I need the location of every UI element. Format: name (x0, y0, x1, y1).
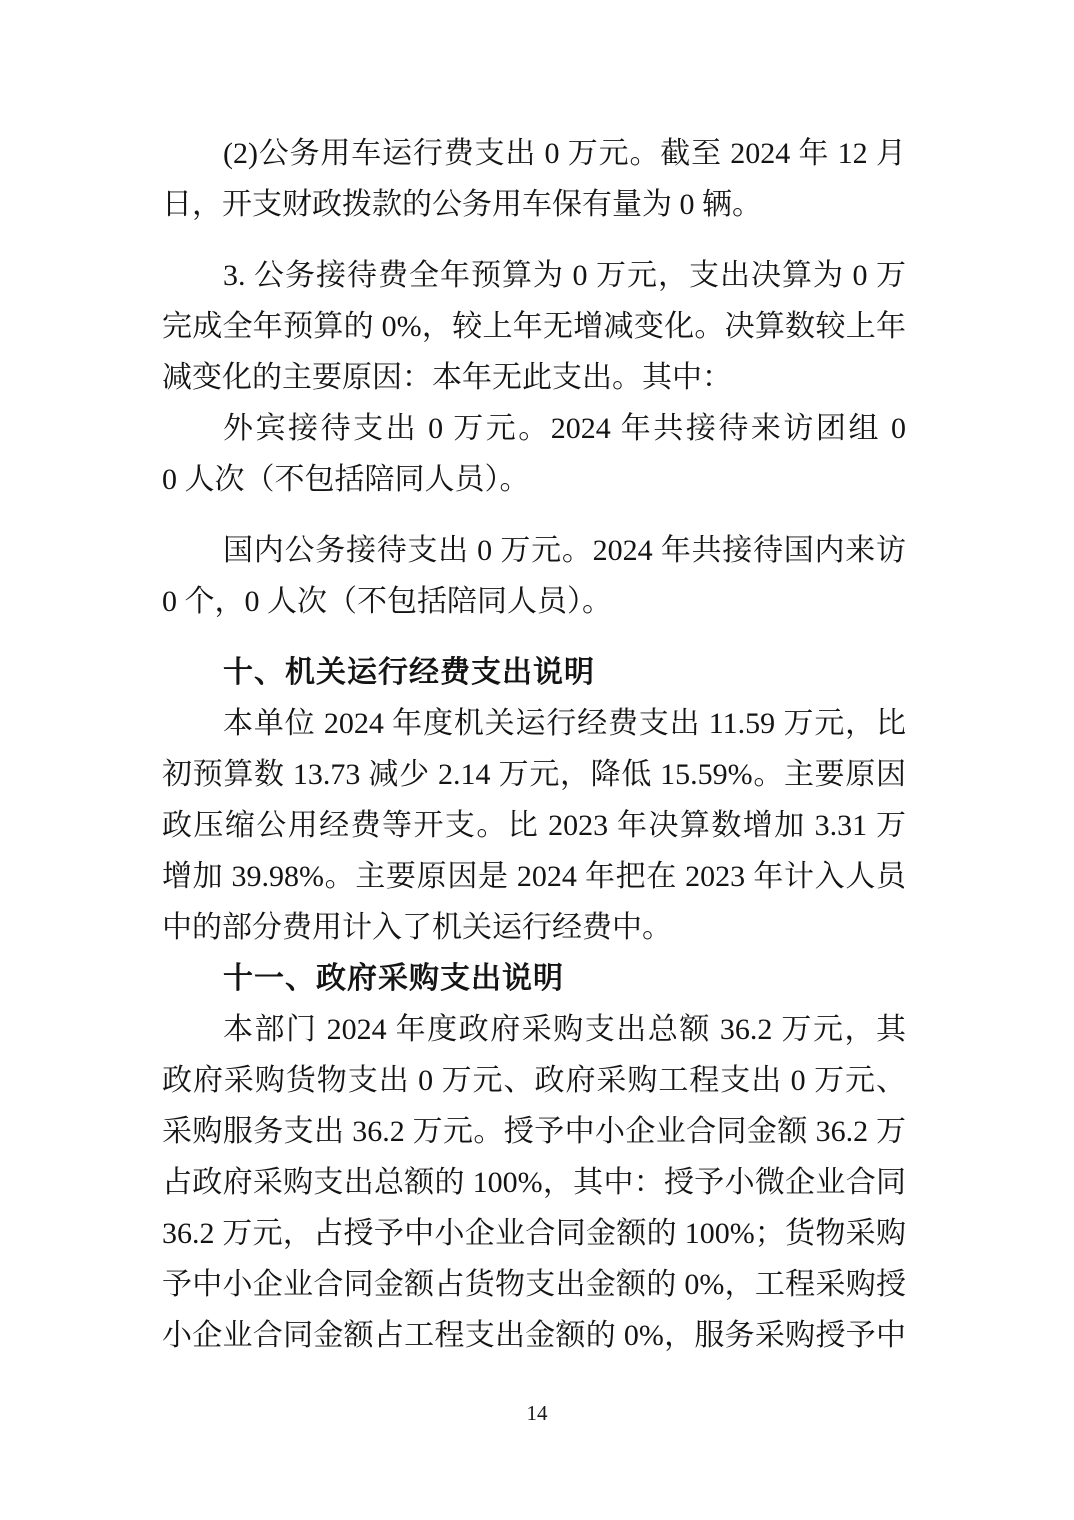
paragraph-foreign-guest-reception: 外宾接待支出 0 万元。2024 年共接待来访团组 0 个， 0 人次（不包括陪… (162, 403, 906, 505)
text-line: 完成全年预算的 0%，较上年无增减变化。决算数较上年无增 (162, 301, 906, 352)
text-line: 国内公务接待支出 0 万元。2024 年共接待国内来访团组 (162, 525, 906, 576)
section-heading-government-procurement: 十一、政府采购支出说明 (162, 953, 906, 1004)
text-line: 0 个，0 人次（不包括陪同人员）。 (162, 576, 906, 627)
text-line: 日，开支财政拨款的公务用车保有量为 0 辆。 (162, 179, 906, 230)
paragraph-domestic-reception: 国内公务接待支出 0 万元。2024 年共接待国内来访团组 0 个，0 人次（不… (162, 525, 906, 627)
text-line: 本单位 2024 年度机关运行经费支出 11.59 万元，比年 (162, 698, 906, 749)
paragraph-official-reception: 3. 公务接待费全年预算为 0 万元，支出决算为 0 万元， 完成全年预算的 0… (162, 250, 906, 403)
paragraph-agency-operating-expense: 本单位 2024 年度机关运行经费支出 11.59 万元，比年 初预算数 13.… (162, 698, 906, 953)
text-line: 政府采购货物支出 0 万元、政府采购工程支出 0 万元、政府 (162, 1055, 906, 1106)
text-line: 外宾接待支出 0 万元。2024 年共接待来访团组 0 个， (162, 403, 906, 454)
document-body: (2)公务用车运行费支出 0 万元。截至 2024 年 12 月 31 日，开支… (162, 128, 906, 1361)
paragraph-government-procurement: 本部门 2024 年度政府采购支出总额 36.2 万元，其中： 政府采购货物支出… (162, 1004, 906, 1361)
text-line: 占政府采购支出总额的 100%，其中：授予小微企业合同金额 (162, 1157, 906, 1208)
text-line: (2)公务用车运行费支出 0 万元。截至 2024 年 12 月 31 (162, 128, 906, 179)
text-line: 减变化的主要原因：本年无此支出。其中： (162, 352, 906, 403)
section-heading-agency-operating-expense: 十、机关运行经费支出说明 (162, 647, 906, 698)
text-line: 中的部分费用计入了机关运行经费中。 (162, 902, 906, 953)
text-line: 本部门 2024 年度政府采购支出总额 36.2 万元，其中： (162, 1004, 906, 1055)
text-line: 增加 39.98%。主要原因是 2024 年把在 2023 年计入人员经费 (162, 851, 906, 902)
text-line: 小企业合同金额占工程支出金额的 0%，服务采购授予中小企 (162, 1310, 906, 1361)
text-line: 初预算数 13.73 减少 2.14 万元，降低 15.59%。主要原因是财 (162, 749, 906, 800)
text-line: 36.2 万元，占授予中小企业合同金额的 100%；货物采购授 (162, 1208, 906, 1259)
text-line: 政压缩公用经费等开支。比 2023 年决算数增加 3.31 万元， (162, 800, 906, 851)
text-line: 3. 公务接待费全年预算为 0 万元，支出决算为 0 万元， (162, 250, 906, 301)
text-line: 0 人次（不包括陪同人员）。 (162, 454, 906, 505)
text-line: 予中小企业合同金额占货物支出金额的 0%，工程采购授予中 (162, 1259, 906, 1310)
document-page: (2)公务用车运行费支出 0 万元。截至 2024 年 12 月 31 日，开支… (0, 0, 1074, 1520)
text-line: 采购服务支出 36.2 万元。授予中小企业合同金额 36.2 万元， (162, 1106, 906, 1157)
page-number: 14 (0, 1398, 1074, 1428)
section-heading: 十、机关运行经费支出说明 (162, 647, 906, 698)
section-heading: 十一、政府采购支出说明 (162, 953, 906, 1004)
paragraph-official-vehicle: (2)公务用车运行费支出 0 万元。截至 2024 年 12 月 31 日，开支… (162, 128, 906, 230)
